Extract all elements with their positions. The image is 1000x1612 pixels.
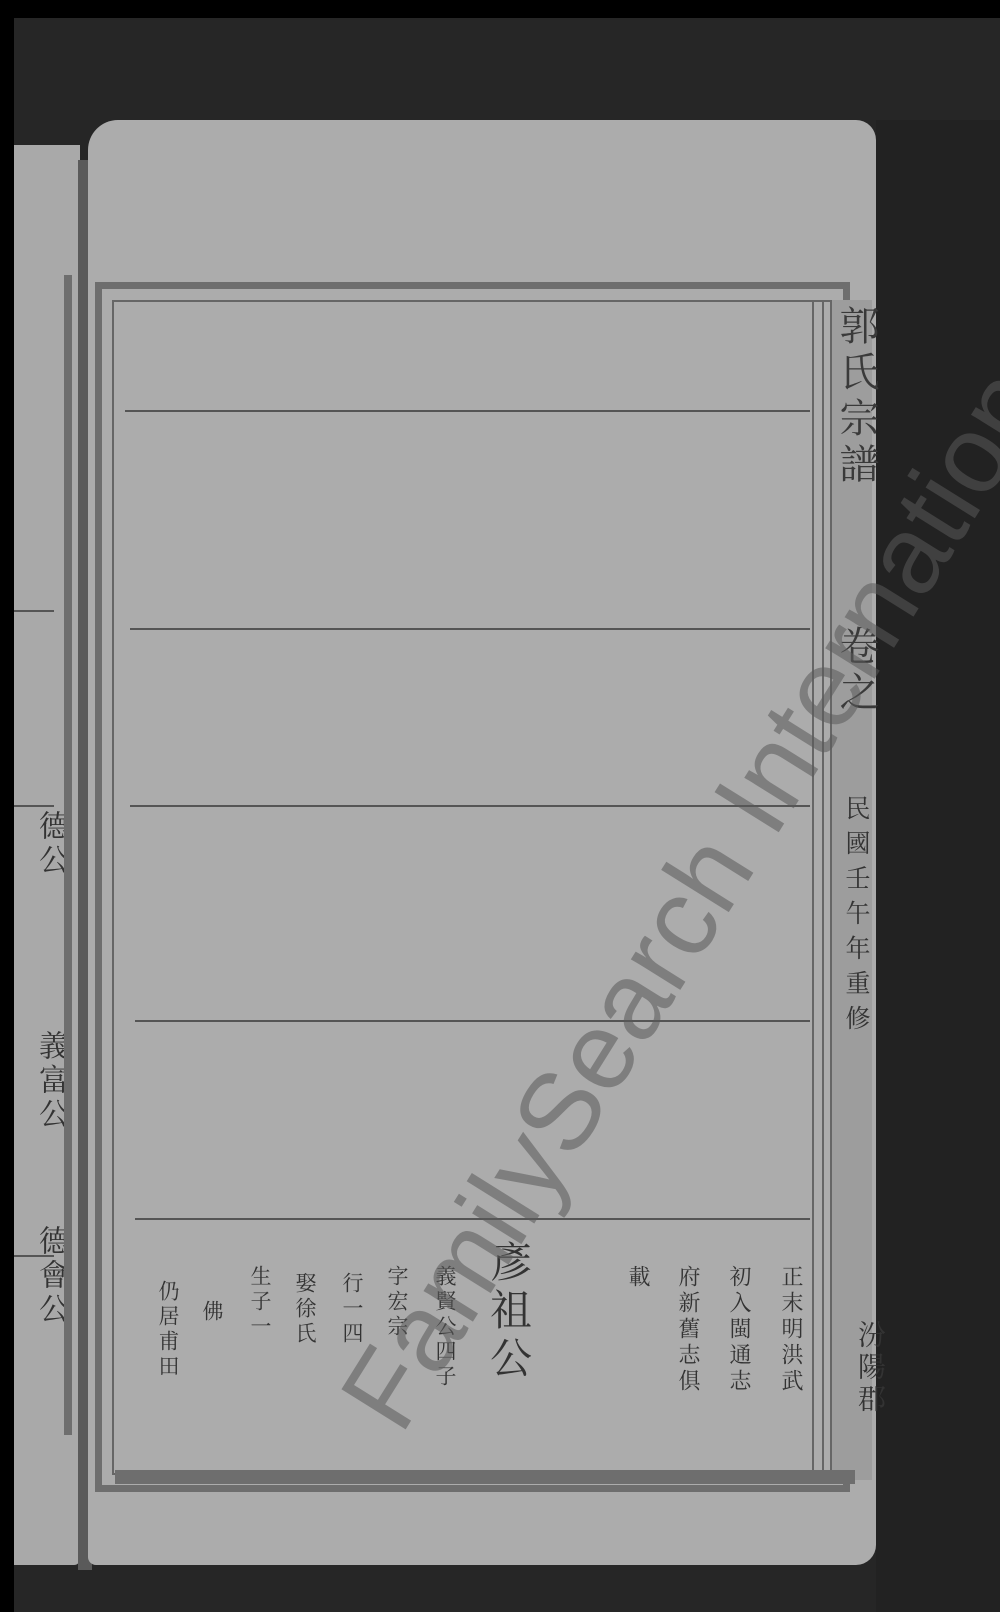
left-divider [14, 610, 54, 612]
person-line: 佛 [197, 1300, 227, 1325]
edition-label: 民國壬午年重修 [838, 795, 874, 1040]
person-line: 娶徐氏 [290, 1272, 320, 1347]
genealogy-title: 郭氏宗譜 [828, 305, 885, 489]
row-divider [135, 1020, 810, 1022]
bottom-frame-band [115, 1470, 855, 1484]
entry-column: 正末明洪武 [775, 1265, 806, 1395]
left-black-border [0, 0, 14, 1612]
entry-column: 載 [622, 1265, 653, 1291]
left-page: 德公 義富公 德會公 [14, 145, 80, 1565]
left-divider [14, 1255, 54, 1257]
banner-rule [822, 300, 824, 1470]
left-divider [14, 805, 54, 807]
row-divider [125, 410, 810, 412]
banner-rule [812, 300, 814, 1470]
hall-name: 汾陽郡 [850, 1320, 890, 1416]
top-black-border [0, 0, 1000, 18]
entry-column: 府新舊志俱 [672, 1265, 703, 1395]
entry-column: 初入閩通志 [723, 1265, 754, 1395]
person-line: 生子一 [245, 1265, 275, 1340]
person-line: 仍居甫田 [153, 1280, 183, 1380]
row-divider [130, 628, 810, 630]
left-frame [64, 275, 72, 1435]
